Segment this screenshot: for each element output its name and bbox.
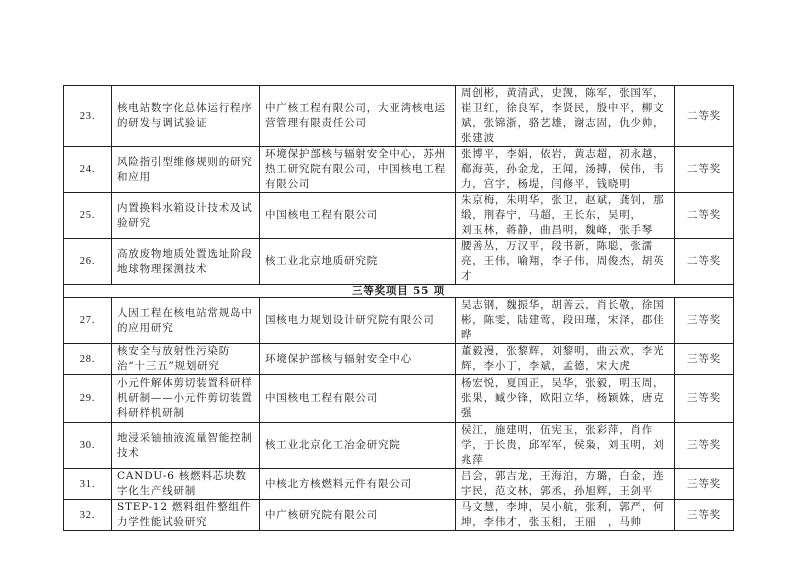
contributors: 张博平，李娟，依岩，黄志超，初永越，郗海英，孙金龙，王闻，汤搏，侯伟，韦力，宫宇…	[456, 147, 675, 193]
contributors: 吴志钢，魏振华，胡善云，肖长敬，徐国彬，陈雯，陆建莺，段田瑾，宋泽，郡佳晔	[456, 298, 675, 344]
row-number: 26.	[64, 239, 112, 285]
table-row: 31. CANDU-6 核燃料芯块数字化生产线研制 中核北方核燃料元件有限公司 …	[64, 469, 734, 500]
award-rank: 二等奖	[675, 193, 734, 239]
row-number: 30.	[64, 423, 112, 469]
row-number: 25.	[64, 193, 112, 239]
organization: 中广核工程有限公司，大亚湾核电运营管理有限责任公司	[260, 86, 456, 147]
award-rank: 三等奖	[675, 423, 734, 469]
table-row: 23. 核电站数字化总体运行程序的研发与调试验证 中广核工程有限公司，大亚湾核电…	[64, 86, 734, 147]
document-page: 23. 核电站数字化总体运行程序的研发与调试验证 中广核工程有限公司，大亚湾核电…	[0, 0, 800, 565]
project-title: 人因工程在核电站常规岛中的应用研究	[112, 298, 260, 344]
organization: 国核电力规划设计研究院有限公司	[260, 298, 456, 344]
project-title: 风险指引型维修规则的研究和应用	[112, 147, 260, 193]
section-header-row: 三等奖项目 55 项	[64, 285, 734, 298]
award-rank: 三等奖	[675, 375, 734, 423]
organization: 核工业北京化工冶金研究院	[260, 423, 456, 469]
row-number: 29.	[64, 375, 112, 423]
row-number: 32.	[64, 500, 112, 531]
award-rank: 三等奖	[675, 469, 734, 500]
table-row: 28. 核安全与放射性污染防治“十三五”规划研究 环境保护部核与辐射安全中心 董…	[64, 344, 734, 375]
table-row: 26. 高放废物地质处置选址阶段地球物理探测技术 核工业北京地质研究院 腰善丛，…	[64, 239, 734, 285]
project-title: 小元件解体剪切装置科研样机研制——小元件剪切装置科研样机研制	[112, 375, 260, 423]
table-row: 29. 小元件解体剪切装置科研样机研制——小元件剪切装置科研样机研制 中国核电工…	[64, 375, 734, 423]
award-rank: 三等奖	[675, 298, 734, 344]
row-number: 28.	[64, 344, 112, 375]
organization: 中核北方核燃料元件有限公司	[260, 469, 456, 500]
row-number: 23.	[64, 86, 112, 147]
project-title: 内置换料水箱设计技术及试验研究	[112, 193, 260, 239]
award-rank: 二等奖	[675, 86, 734, 147]
organization: 中国核电工程有限公司	[260, 375, 456, 423]
project-title: CANDU-6 核燃料芯块数字化生产线研制	[112, 469, 260, 500]
row-number: 24.	[64, 147, 112, 193]
contributors: 周创彬，黄清武，史觊，陈军，张国军，崔卫红，徐良军，李贤民，殷中平，柳文斌，张锦…	[456, 86, 675, 147]
organization: 环境保护部核与辐射安全中心	[260, 344, 456, 375]
table-row: 30. 地浸采铀抽液流量智能控制技术 核工业北京化工冶金研究院 侯江，施建明，伍…	[64, 423, 734, 469]
contributors: 侯江，施建明，伍宪玉，张彩萍，肖作学，于长贵，邱军军，侯枭，刘玉明，刘兆萍	[456, 423, 675, 469]
contributors: 马文慧，李坤，吴小航，张利，郭严，何坤，李伟才，张玉相，王丽 ，马帅	[456, 500, 675, 531]
contributors: 杨宏悦，夏国正，吴华，张毅，明玉周，张果，臧少锋，欧阳立华，杨颖姝，唐克强	[456, 375, 675, 423]
award-rank: 二等奖	[675, 239, 734, 285]
award-rank: 三等奖	[675, 500, 734, 531]
awards-table: 23. 核电站数字化总体运行程序的研发与调试验证 中广核工程有限公司，大亚湾核电…	[63, 85, 734, 531]
award-rank: 二等奖	[675, 147, 734, 193]
award-rank: 三等奖	[675, 344, 734, 375]
organization: 核工业北京地质研究院	[260, 239, 456, 285]
table-row: 27. 人因工程在核电站常规岛中的应用研究 国核电力规划设计研究院有限公司 吴志…	[64, 298, 734, 344]
row-number: 31.	[64, 469, 112, 500]
contributors: 腰善丛，万汉平，段书新，陈聪，张濡亮，王伟，喻翔，李子伟，周俊杰，胡英才	[456, 239, 675, 285]
project-title: STEP-12 燃料组件整组件力学性能试验研究	[112, 500, 260, 531]
project-title: 核电站数字化总体运行程序的研发与调试验证	[112, 86, 260, 147]
table-row: 32. STEP-12 燃料组件整组件力学性能试验研究 中广核研究院有限公司 马…	[64, 500, 734, 531]
table-row: 24. 风险指引型维修规则的研究和应用 环境保护部核与辐射安全中心，苏州热工研究…	[64, 147, 734, 193]
organization: 中广核研究院有限公司	[260, 500, 456, 531]
row-number: 27.	[64, 298, 112, 344]
organization: 环境保护部核与辐射安全中心，苏州热工研究院有限公司，中国核电工程有限公司	[260, 147, 456, 193]
contributors: 吕会，郭吉龙，王海泊，方璐，白金，连宇民，范文林，郭丞，孙旭辉，王剑平	[456, 469, 675, 500]
project-title: 高放废物地质处置选址阶段地球物理探测技术	[112, 239, 260, 285]
contributors: 董毅漫，张黎辉，刘黎明，曲云欢，李光辉，李小丁，李斌，孟德，宋大虎	[456, 344, 675, 375]
project-title: 核安全与放射性污染防治“十三五”规划研究	[112, 344, 260, 375]
project-title: 地浸采铀抽液流量智能控制技术	[112, 423, 260, 469]
section-header: 三等奖项目 55 项	[64, 285, 734, 298]
organization: 中国核电工程有限公司	[260, 193, 456, 239]
contributors: 朱京梅，朱明华，张卫，赵斌，龚钊，那缎，荆春宁，马超，王长东，吴明， 刘玉林，蒋…	[456, 193, 675, 239]
table-row: 25. 内置换料水箱设计技术及试验研究 中国核电工程有限公司 朱京梅，朱明华，张…	[64, 193, 734, 239]
